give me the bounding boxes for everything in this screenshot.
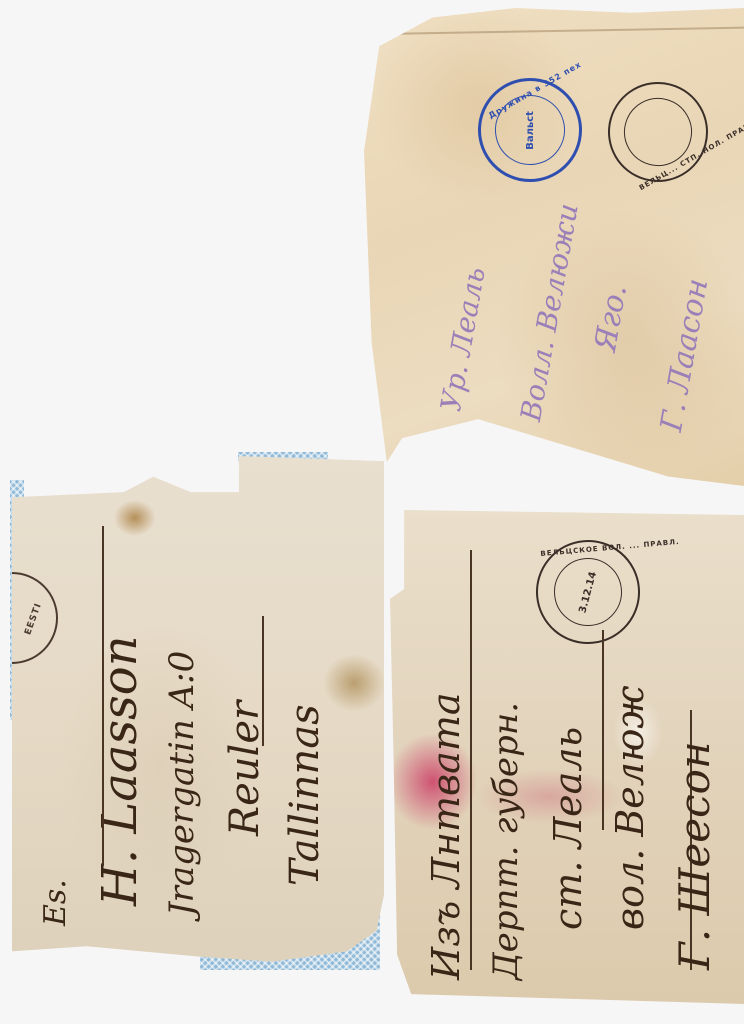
handwriting-line-4: вол. Велюж <box>608 685 652 930</box>
envelope-bottom-right: ВЕЛЬЦСКОЕ ВОЛ. ... ПРАВЛ. 3.12.14 Изъ Лн… <box>390 510 744 1004</box>
guide-line <box>470 550 472 970</box>
postmark-blue-center-text: Вальсt <box>524 111 535 150</box>
handwriting-line-5: Г. Шеесон <box>670 741 719 970</box>
handwriting-line-3: Яго. <box>588 282 634 354</box>
handwriting-line-4: Г. Лаасон <box>654 276 715 434</box>
handwriting-line-3: ст. Леаль <box>546 727 590 930</box>
handwriting-line-1: Изъ Лнтвата <box>424 692 468 980</box>
envelope-flap-edge <box>364 27 744 36</box>
envelope-top-right: Дружина в 352 пех Вальсt ВЕЛЬЦ... СТП. Н… <box>364 8 744 486</box>
envelope-bottom-left: EESTI Es. H. Laasson Jragergatin A:0 Reu… <box>12 456 384 972</box>
postmark-eesti: EESTI <box>12 572 58 664</box>
handwriting-line-3: Jragergatin A:0 <box>162 651 202 916</box>
handwriting-line-1: Ур. Леаль <box>434 265 492 414</box>
handwriting-line-5: Tallinnas <box>282 704 328 886</box>
postmark-belts-dated: ВЕЛЬЦСКОЕ ВОЛ. ... ПРАВЛ. 3.12.14 <box>532 536 645 649</box>
postmark-eesti-text: EESTI <box>23 602 44 637</box>
postmark-ring-text: ВЕЛЬЦСКОЕ ВОЛ. ... ПРАВЛ. <box>540 538 680 558</box>
handwriting-line-2: H. Laasson <box>92 635 148 906</box>
postmark-black: ВЕЛЬЦ... СТП. НОЛ. ПРАВ. <box>590 64 727 201</box>
handwriting-line-1: Es. <box>38 879 73 926</box>
handwriting-line-2: Волл. Велюжи <box>514 201 585 424</box>
postmark-blue: Дружина в 352 пех Вальсt <box>470 70 590 190</box>
guide-line <box>602 630 604 830</box>
underline <box>262 616 264 746</box>
handwriting-line-2: Дерпт. губерн. <box>486 702 526 980</box>
underline <box>102 526 104 866</box>
